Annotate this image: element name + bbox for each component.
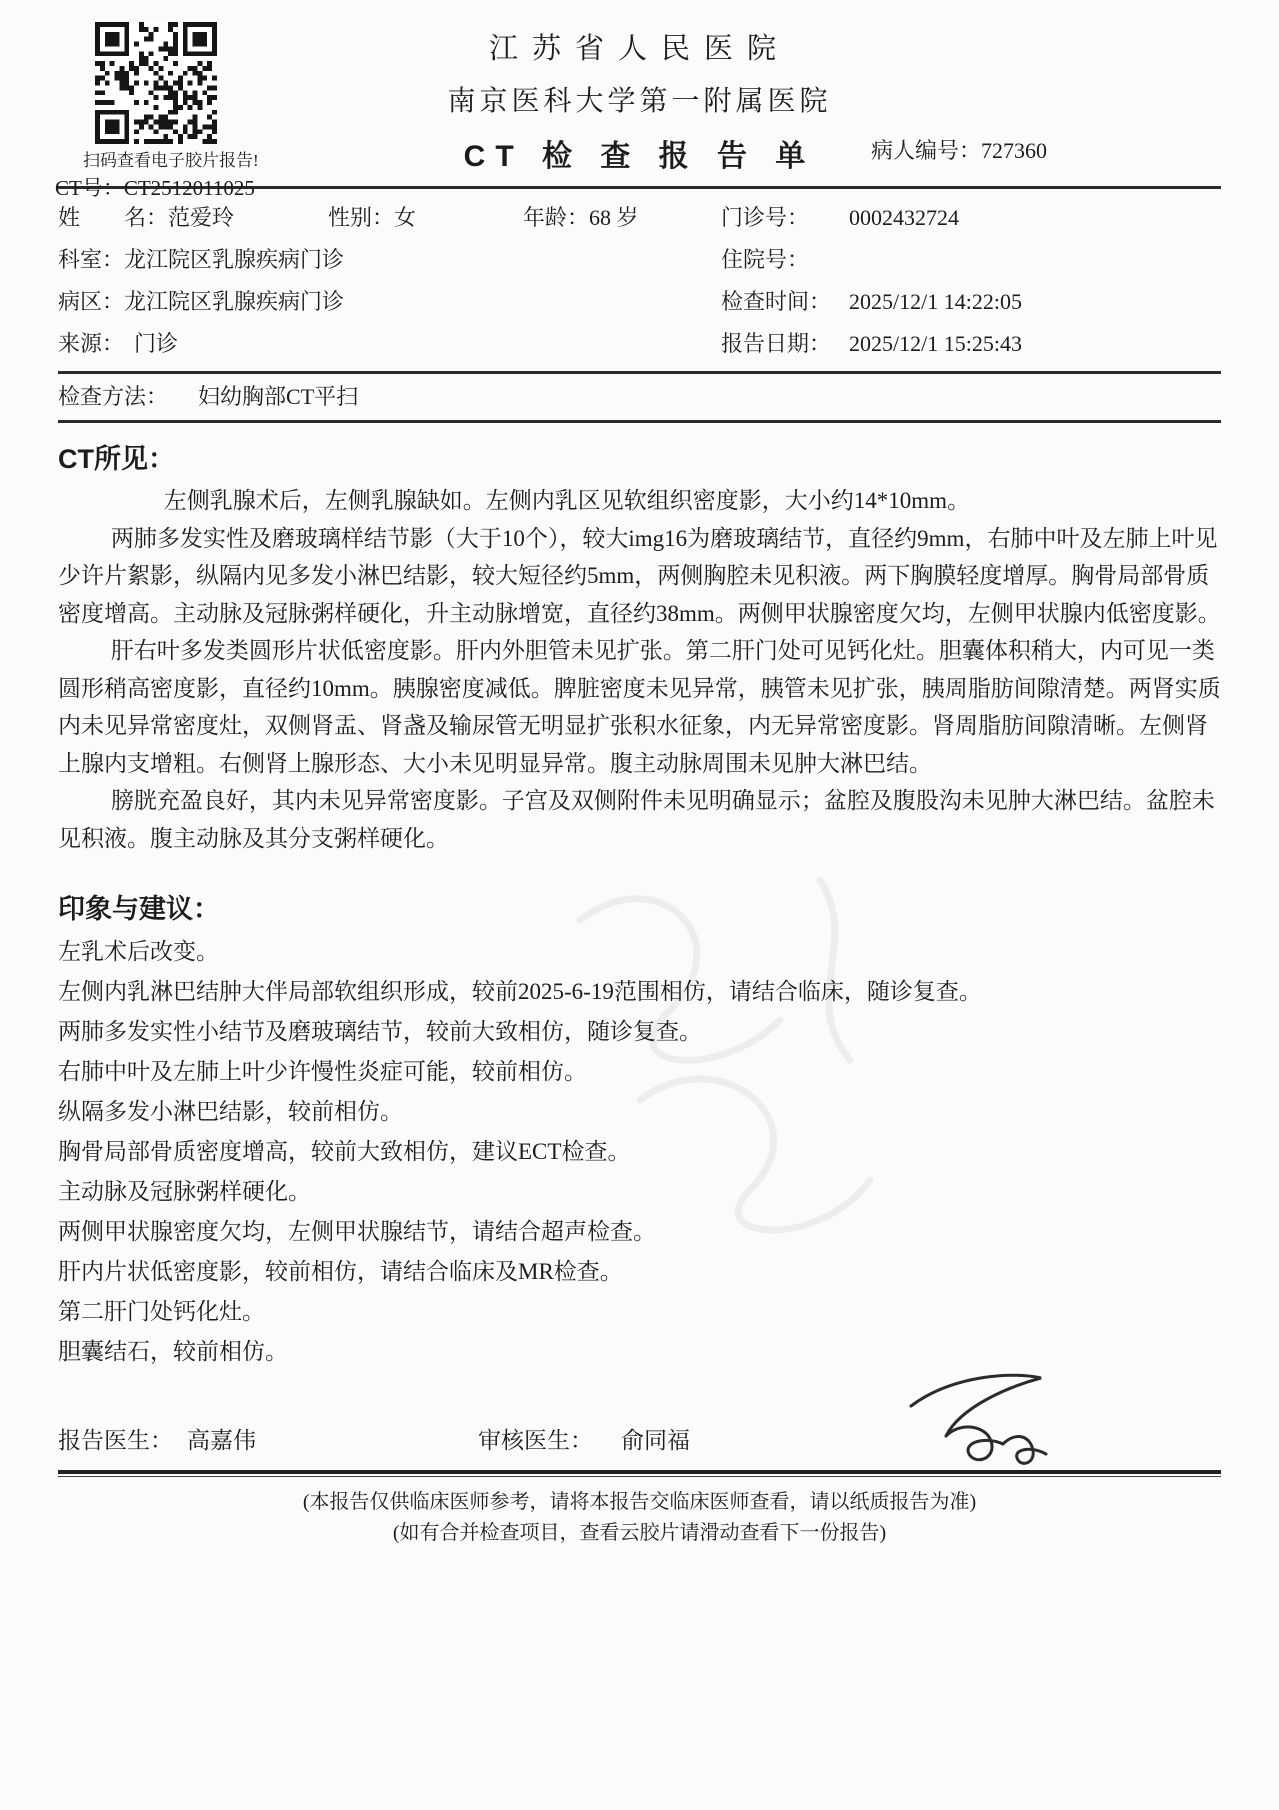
impression-line: 右肺中叶及左肺上叶少许慢性炎症可能，较前相仿。 <box>58 1052 1221 1092</box>
report-date-label: 报告日期： <box>721 323 849 365</box>
source-label: 来源： <box>58 331 124 356</box>
gender-value: 女 <box>394 205 416 230</box>
ward-label: 病区： <box>58 289 124 314</box>
footnote-2: (如有合并检查项目，查看云胶片请滑动查看下一份报告) <box>0 1518 1279 1549</box>
impression-line: 左侧内乳淋巴结肿大伴局部软组织形成，较前2025-6-19范围相仿，请结合临床，… <box>58 972 1221 1012</box>
patient-info: 姓 名：范爱玲 性别：女 年龄：68 岁 门诊号：0002432724 科室：龙… <box>58 189 1221 371</box>
impression-heading: 印象与建议： <box>58 887 1221 926</box>
exam-time-field: 检查时间：2025/12/1 14:22:05 <box>721 281 1221 323</box>
impression-line: 两肺多发实性小结节及磨玻璃结节，较前大致相仿，随诊复查。 <box>58 1012 1221 1052</box>
inpatient-no-field: 住院号： <box>721 239 1221 281</box>
patient-number-value: 727360 <box>981 138 1047 163</box>
findings-heading: CT所见： <box>58 437 1221 476</box>
info-row-4: 来源：门诊 报告日期：2025/12/1 15:25:43 <box>58 323 1221 365</box>
source-field: 来源：门诊 <box>58 323 178 365</box>
inpatient-no-label: 住院号： <box>721 239 849 281</box>
exam-time-label: 检查时间： <box>721 281 849 323</box>
exam-time-value: 2025/12/1 14:22:05 <box>849 289 1022 314</box>
info-row-3: 病区：龙江院区乳腺疾病门诊 检查时间：2025/12/1 14:22:05 <box>58 281 1221 323</box>
gender-label: 性别： <box>328 205 394 230</box>
impression-line: 胸骨局部骨质密度增高，较前大致相仿，建议ECT检查。 <box>58 1132 1221 1172</box>
exam-method-label: 检查方法： <box>58 384 168 409</box>
report-doctor-label: 报告医生： <box>58 1428 173 1453</box>
impression-body: 左乳术后改变。左侧内乳淋巴结肿大伴局部软组织形成，较前2025-6-19范围相仿… <box>58 932 1221 1372</box>
ward-value: 龙江院区乳腺疾病门诊 <box>124 289 344 314</box>
report-doctor-field: 报告医生：高嘉伟 <box>58 1418 478 1464</box>
qr-block: 扫码查看电子胶片报告! CT号：CT2512011025 <box>55 22 355 202</box>
report-doctor-name: 高嘉伟 <box>187 1428 256 1453</box>
qr-code <box>95 22 217 144</box>
reviewer-signature <box>891 1366 1071 1476</box>
patient-name-field: 姓 名：范爱玲 <box>58 197 328 239</box>
ward-field: 病区：龙江院区乳腺疾病门诊 <box>58 281 344 323</box>
exam-method-value: 妇幼胸部CT平扫 <box>198 384 358 409</box>
finding-paragraph: 两肺多发实性及磨玻璃样结节影（大于10个），较大img16为磨玻璃结节，直径约9… <box>58 520 1221 633</box>
patient-name-label: 姓 名： <box>58 205 168 230</box>
footnote-1: (本报告仅供临床医师参考，请将本报告交临床医师查看，请以纸质报告为准) <box>0 1487 1279 1518</box>
impression-line: 肝内片状低密度影，较前相仿，请结合临床及MR检查。 <box>58 1252 1221 1292</box>
ct-report-page: 扫码查看电子胶片报告! CT号：CT2512011025 江苏省人民医院 南京医… <box>0 0 1279 1810</box>
outpatient-no-label: 门诊号： <box>721 197 849 239</box>
department-value: 龙江院区乳腺疾病门诊 <box>124 247 344 272</box>
source-value: 门诊 <box>134 331 178 356</box>
divider-method-bottom <box>58 420 1221 423</box>
report-date-value: 2025/12/1 15:25:43 <box>849 331 1022 356</box>
findings-body: 左侧乳腺术后，左侧乳腺缺如。左侧内乳区见软组织密度影，大小约14*10mm。两肺… <box>58 482 1221 857</box>
exam-method: 检查方法：妇幼胸部CT平扫 <box>58 374 1221 420</box>
impression-line: 第二肝门处钙化灶。 <box>58 1292 1221 1332</box>
finding-paragraph: 左侧乳腺术后，左侧乳腺缺如。左侧内乳区见软组织密度影，大小约14*10mm。 <box>58 482 1221 520</box>
age-label: 年龄： <box>523 205 589 230</box>
age-value: 68 岁 <box>589 205 639 230</box>
review-doctor-name: 俞同福 <box>621 1428 690 1453</box>
impression-line: 纵隔多发小淋巴结影，较前相仿。 <box>58 1092 1221 1132</box>
finding-paragraph: 膀胱充盈良好，其内未见异常密度影。子宫及双侧附件未见明确显示；盆腔及腹股沟未见肿… <box>58 782 1221 857</box>
info-row-2: 科室：龙江院区乳腺疾病门诊 住院号： <box>58 239 1221 281</box>
info-row-1: 姓 名：范爱玲 性别：女 年龄：68 岁 门诊号：0002432724 <box>58 197 1221 239</box>
gender-field: 性别：女 <box>328 197 523 239</box>
impression-line: 主动脉及冠脉粥样硬化。 <box>58 1172 1221 1212</box>
patient-number: 病人编号：727360 <box>871 134 1047 165</box>
outpatient-no-value: 0002432724 <box>849 205 959 230</box>
review-doctor-label: 审核医生： <box>478 1428 593 1453</box>
impression-line: 左乳术后改变。 <box>58 932 1221 972</box>
review-doctor-field: 审核医生：俞同福 <box>478 1418 690 1464</box>
age-field: 年龄：68 岁 <box>523 197 639 239</box>
report-date-field: 报告日期：2025/12/1 15:25:43 <box>721 323 1221 365</box>
doctors-row: 报告医生：高嘉伟 审核医生：俞同福 <box>58 1418 1221 1464</box>
outpatient-no-field: 门诊号：0002432724 <box>721 197 1221 239</box>
report-header: 扫码查看电子胶片报告! CT号：CT2512011025 江苏省人民医院 南京医… <box>0 0 1279 186</box>
qr-caption: 扫码查看电子胶片报告! <box>83 146 355 171</box>
patient-number-label: 病人编号： <box>871 138 981 163</box>
finding-paragraph: 肝右叶多发类圆形片状低密度影。肝内外胆管未见扩张。第二肝门处可见钙化灶。胆囊体积… <box>58 632 1221 782</box>
patient-name-value: 范爱玲 <box>168 205 234 230</box>
impression-line: 两侧甲状腺密度欠均，左侧甲状腺结节，请结合超声检查。 <box>58 1212 1221 1252</box>
footnotes: (本报告仅供临床医师参考，请将本报告交临床医师查看，请以纸质报告为准) (如有合… <box>0 1487 1279 1549</box>
department-label: 科室： <box>58 247 124 272</box>
department-field: 科室：龙江院区乳腺疾病门诊 <box>58 239 344 281</box>
